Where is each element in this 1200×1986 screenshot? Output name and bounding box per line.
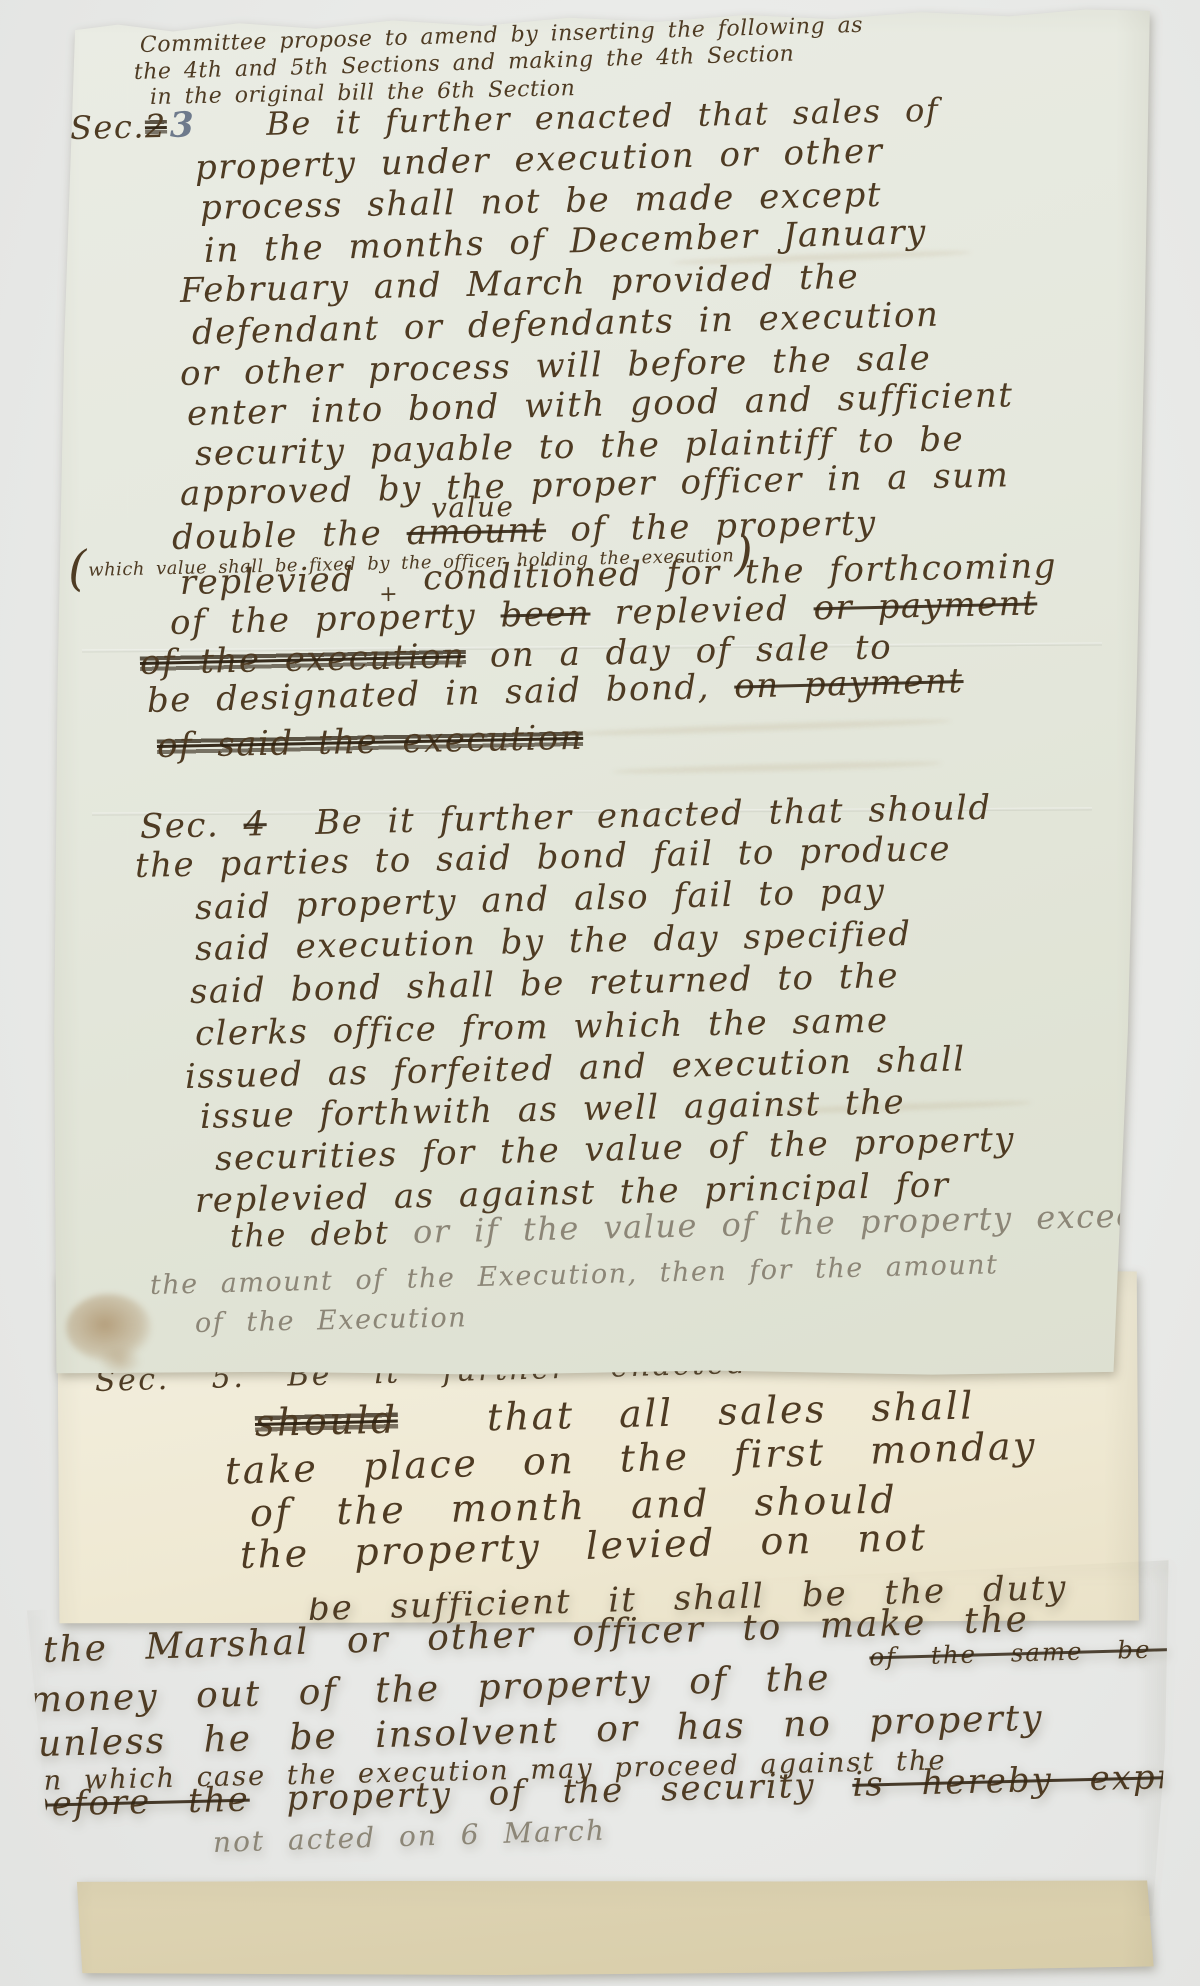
ink-bleed	[612, 760, 942, 776]
paper-sheet-1-surface: Committee propose to amend by inserting …	[52, 4, 1152, 1376]
ink-text: should	[254, 1398, 398, 1445]
manuscript-line: the amount of the Execution, then for th…	[150, 1251, 999, 1300]
ink-text: been	[500, 593, 591, 635]
manuscript-scan: Sec. 5. Be it further enacted that shoul…	[0, 0, 1200, 1986]
ink-text: on payment	[734, 661, 964, 707]
ink-text: of said the execution	[157, 718, 584, 766]
pencil-text: 3	[169, 105, 195, 146]
ink-text: before the	[27, 1780, 250, 1825]
ink-stain	[66, 1294, 152, 1362]
manuscript-line: of the Execution	[195, 1304, 468, 1338]
pencil-text: the amount of the Execution, then for th…	[150, 1249, 999, 1301]
ink-text: Sec.	[140, 805, 244, 847]
ink-text: Sec.	[70, 107, 146, 147]
paper-sheet-3: be sufficient it shall be the duty the M…	[20, 1554, 1172, 1944]
manuscript-line: of said the execution	[157, 721, 584, 765]
ink-text: or payment	[813, 583, 1038, 628]
ink-bleed	[572, 717, 952, 737]
pencil-text: not acted on 6 March	[212, 1814, 606, 1859]
ink-text: 2	[145, 107, 168, 145]
manuscript-line: not acted on 6 March	[213, 1816, 607, 1858]
ink-text: 4	[243, 804, 267, 845]
ink-text: the debt	[230, 1213, 414, 1255]
pencil-text: of the Execution	[195, 1302, 468, 1339]
paper-sheet-3-surface: be sufficient it shall be the duty the M…	[20, 1554, 1172, 1944]
ink-text: (	[67, 541, 88, 597]
ink-stain	[98, 1346, 142, 1376]
inserted-word: value	[431, 492, 515, 523]
ink-text: replevied	[180, 559, 380, 603]
paper-sheet-1: Committee propose to amend by inserting …	[52, 4, 1152, 1376]
ink-text: replevied	[590, 588, 814, 633]
ink-text: is hereby express	[852, 1755, 1200, 1804]
